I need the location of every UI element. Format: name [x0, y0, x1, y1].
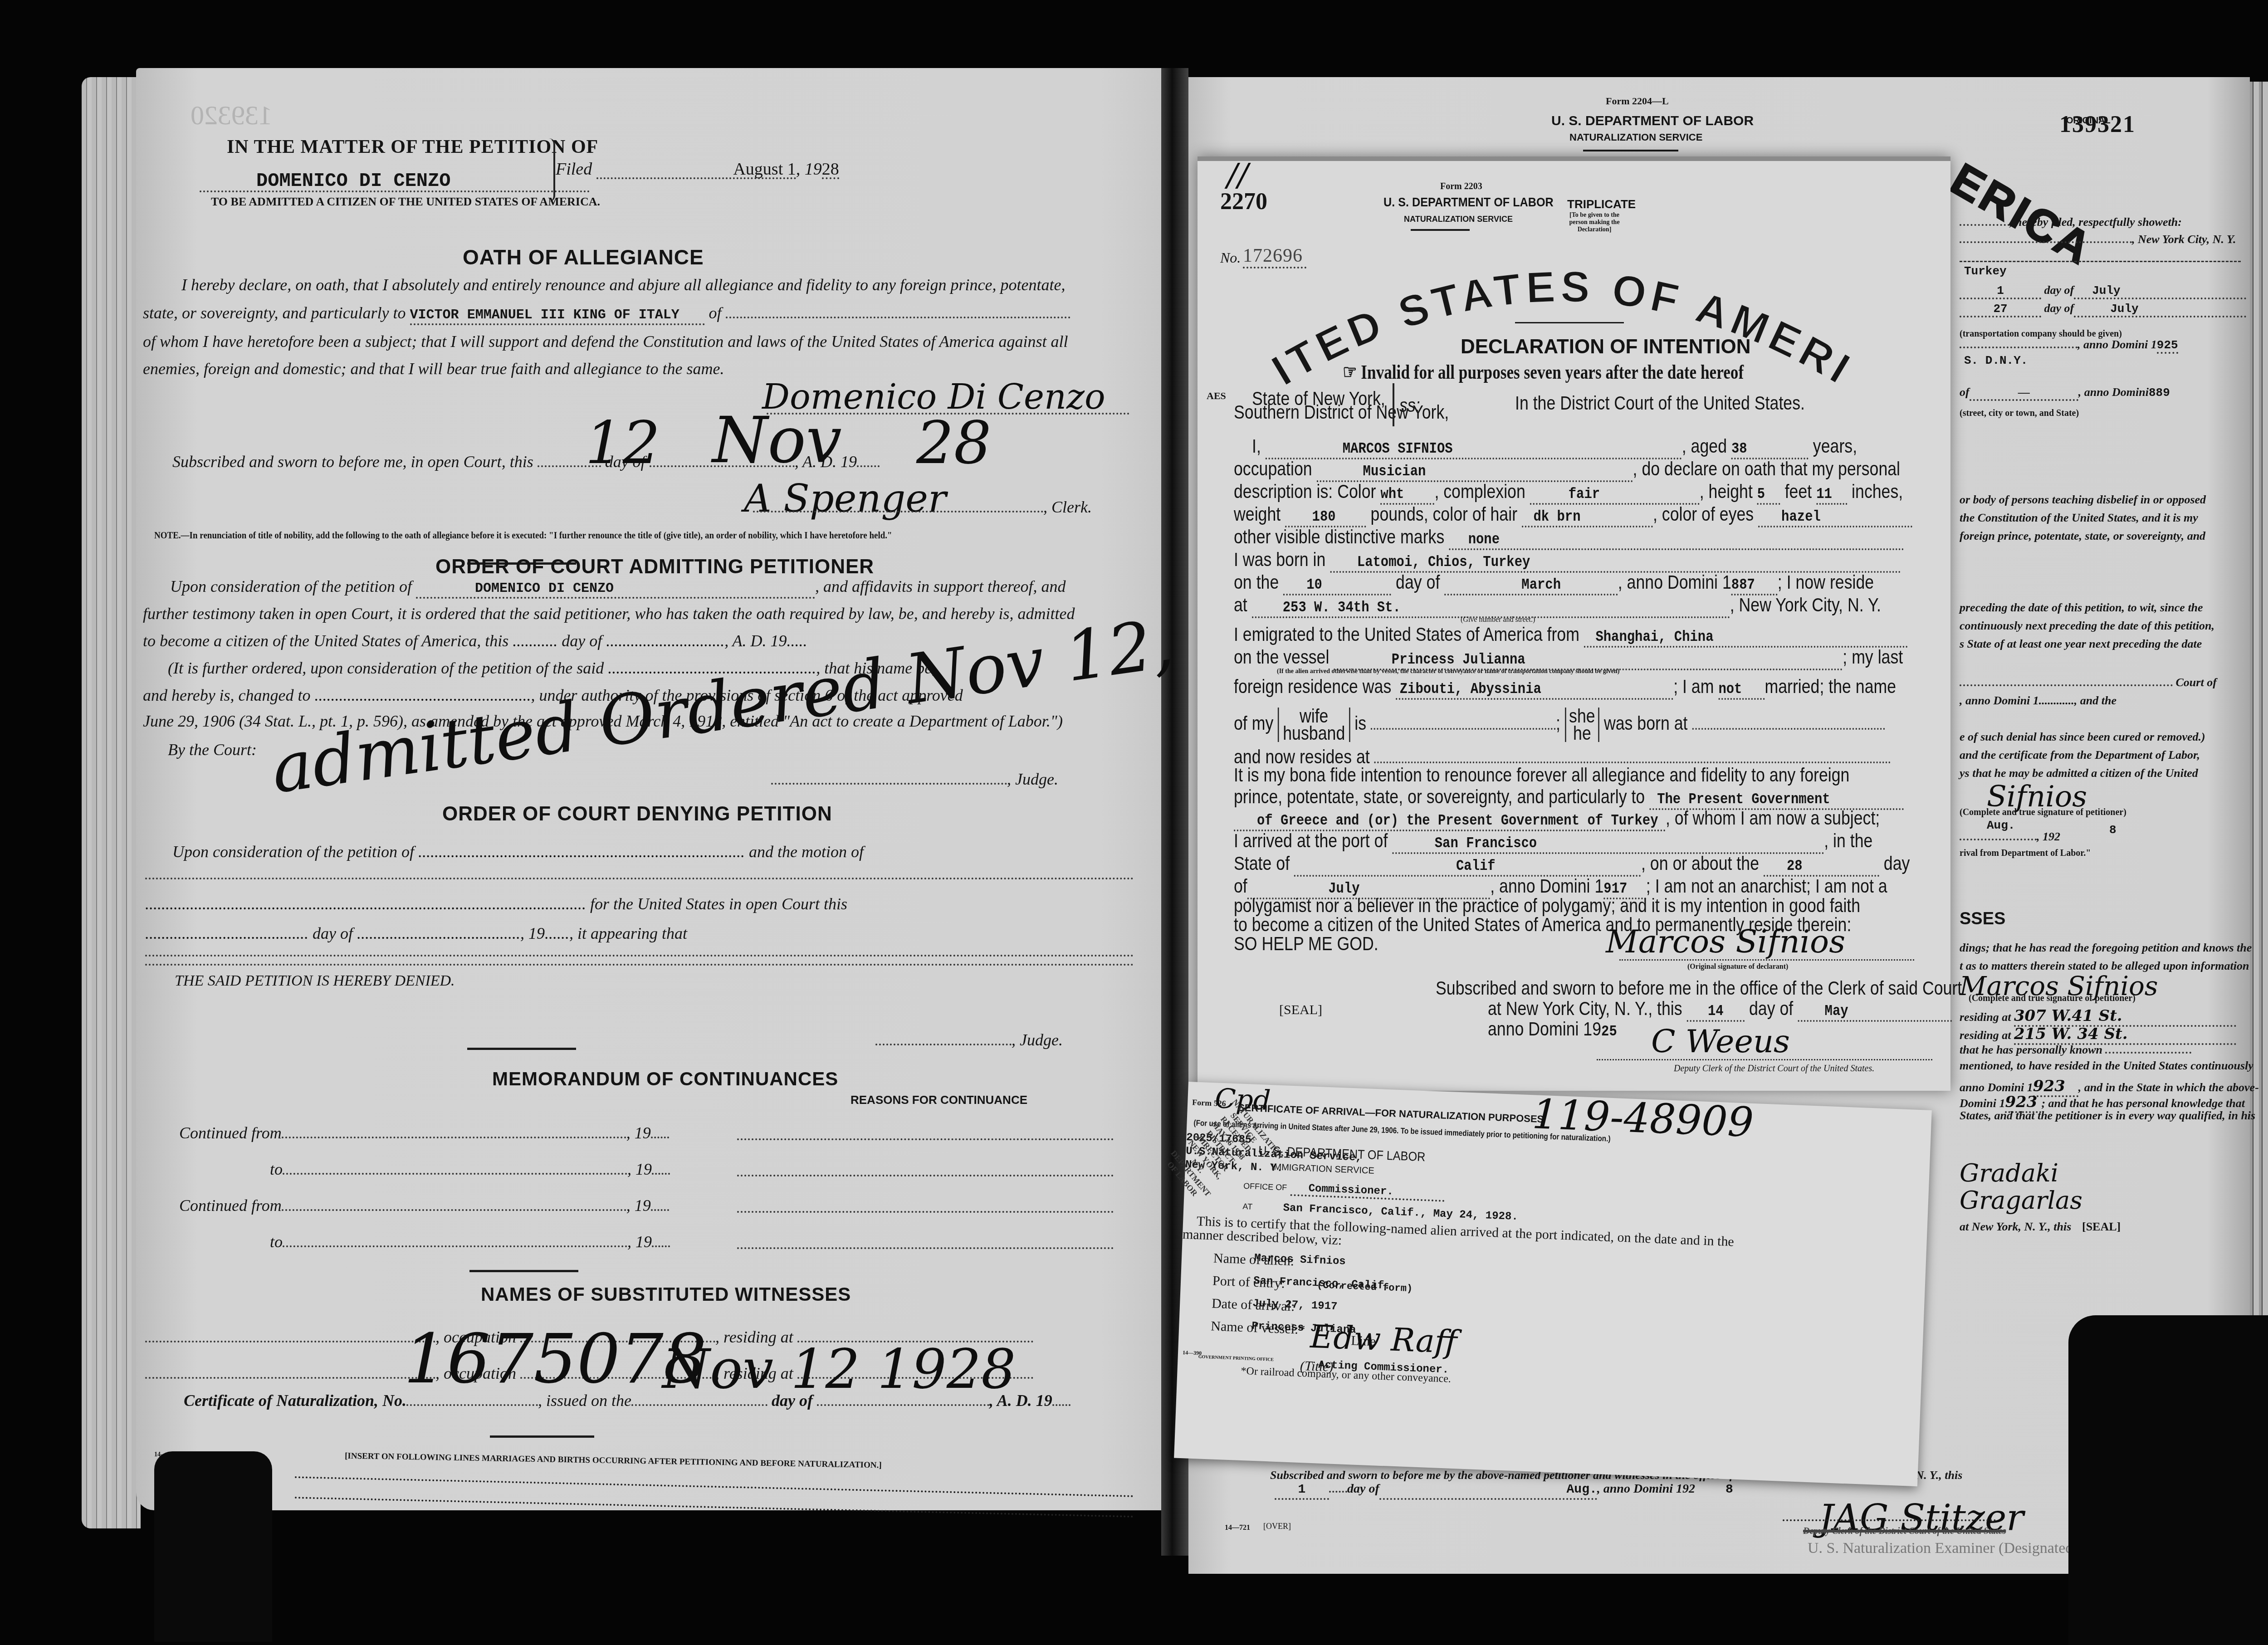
- spouse-line: of my wifehusband is ; shehe was born at: [1234, 708, 1885, 742]
- continuance-field: [283, 1245, 627, 1247]
- petition-line: [1960, 261, 2241, 262]
- continuance-row: to, 19: [270, 1161, 670, 1177]
- continuance-year: 19: [635, 1160, 652, 1178]
- seal-label: [SEAL]: [2082, 1220, 2121, 1234]
- divider: [469, 1270, 578, 1272]
- witnesses-title: NAMES OF SUBSTITUTED WITNESSES: [481, 1284, 851, 1305]
- occupation-label: occupation: [1234, 458, 1312, 479]
- petition-day-1: 1: [1960, 284, 2041, 299]
- anno-label: , anno Domini 1: [1618, 571, 1731, 593]
- petition-anno-1-value: 925: [2157, 338, 2178, 354]
- spouse-choice: wifehusband: [1278, 708, 1350, 742]
- pounds-label: pounds, color of hair: [1371, 503, 1517, 525]
- issued-day-field: [631, 1404, 767, 1406]
- issued-month-field: [817, 1404, 989, 1406]
- clerk-line: , Clerk.: [753, 499, 1092, 515]
- deny-blank-line-3: [145, 964, 1134, 966]
- i-label: I,: [1252, 435, 1261, 457]
- anno-label: Domini 1: [1960, 1097, 2005, 1110]
- declarant-name: MARCOS SIFNIOS: [1266, 440, 1682, 459]
- declarant-emigrated-from: Shanghai, China: [1584, 629, 1908, 648]
- marks-line: other visible distinctive marks none: [1234, 526, 1904, 550]
- petition-day-2: 27: [1960, 302, 2041, 317]
- petition-text-line: or body of persons teaching disbelief in…: [1960, 493, 2206, 507]
- subject-label: , of whom I am now a subject;: [1666, 807, 1880, 829]
- witness-residing-line-2: residing at 215 W. 34 St.: [1960, 1025, 2236, 1045]
- state-label: State of: [1234, 853, 1290, 874]
- years-label: years,: [1813, 435, 1857, 457]
- declarant-height-inches: 11: [1816, 486, 1847, 505]
- sworn-line-1: Subscribed and sworn to before me in the…: [1436, 977, 1962, 999]
- declaration-number-label: No.: [1220, 249, 1241, 266]
- declarant-occupation: Musician: [1317, 463, 1633, 482]
- right-service: NATURALIZATION SERVICE: [1569, 132, 1702, 143]
- declarant-color: wht: [1380, 486, 1434, 505]
- married-suffix: married; the name: [1765, 676, 1896, 697]
- continuance-field: [283, 1173, 627, 1175]
- petition-year-line: , 192: [1960, 830, 2060, 844]
- petition-month-1: July: [2074, 284, 2246, 299]
- of-my-label: of my: [1234, 713, 1273, 734]
- emigrated-label: I emigrated to the United States of Amer…: [1234, 624, 1579, 645]
- witness-text-line: States, and that the petitioner is in ev…: [1960, 1109, 2255, 1123]
- arrival-service: IMMIGRATION SERVICE: [1271, 1162, 1374, 1176]
- filed-date: August 1: [596, 161, 796, 179]
- divider: [1515, 322, 1624, 323]
- sworn-line-3: anno Domini 1925: [1488, 1018, 1617, 1040]
- certificate-of-arrival: Cpd Form 526 CERTIFICATE OF ARRIVAL—FOR …: [1174, 1082, 1932, 1486]
- day-of-label: day of: [772, 1391, 813, 1410]
- witness-1-signature: Gradaki: [1960, 1159, 2058, 1187]
- petition-field: [1960, 684, 2173, 686]
- continuance-year-field: [651, 1209, 669, 1211]
- of-label: of: [1234, 875, 1247, 897]
- of-label: of: [1960, 386, 1970, 399]
- order-admitting-title: ORDER OF COURT ADMITTING PETITIONER: [435, 556, 874, 578]
- description-line: description is: Color wht, complexion fa…: [1234, 481, 1903, 505]
- day-of-label: day of: [1396, 571, 1440, 593]
- complexion-label: , complexion: [1434, 481, 1525, 502]
- sworn-year: 25: [1601, 1023, 1617, 1040]
- continuance-year-field: [651, 1137, 669, 1138]
- declare-label: , do declare on oath that my personal: [1633, 458, 1900, 479]
- petition-anno-2-blank: —: [1970, 386, 2078, 401]
- year-label: , 192: [2037, 830, 2060, 843]
- form-code-right: 14—721: [1225, 1524, 1250, 1532]
- born-at-label: was born at: [1604, 713, 1688, 734]
- declaration-form: Form 2203: [1440, 181, 1482, 192]
- deny-line-1: Upon consideration of the petition of ..…: [172, 844, 864, 860]
- deputy-clerk-signature: C Weeus: [1651, 1023, 1790, 1060]
- sworn-prefix: Subscribed and sworn to before me, in op…: [172, 453, 533, 471]
- over-label: [OVER]: [1263, 1522, 1291, 1531]
- weight-label: weight: [1234, 503, 1281, 525]
- known-text: that he has personally known: [1960, 1043, 2102, 1056]
- anno-suffix: ; and that he has personal knowledge tha…: [2041, 1097, 2245, 1110]
- arrival-note: rival from Department of Labor.": [1960, 848, 2091, 859]
- petition-anno-2-value: 889: [2149, 386, 2170, 400]
- witness-field: [2105, 1052, 2191, 1054]
- declaration-serial: 2270: [1220, 188, 1267, 215]
- subscribed-field: [1329, 1491, 1347, 1493]
- handwritten-sworn-month: Nov: [712, 404, 842, 478]
- declarant-birth-year: 887: [1731, 576, 1778, 596]
- port-label: I arrived at the port of: [1234, 830, 1388, 851]
- declarant-complexion: fair: [1530, 486, 1700, 505]
- deny-blank-line-2: [145, 955, 1134, 957]
- right-department: U. S. DEPARTMENT OF LABOR: [1551, 113, 1754, 129]
- declaration-department: U. S. DEPARTMENT OF LABOR: [1383, 195, 1554, 210]
- reason-field: [737, 1211, 1114, 1213]
- order-denying-title: ORDER OF COURT DENYING PETITION: [442, 803, 832, 825]
- continuance-row: Continued from, 19: [179, 1197, 669, 1214]
- subscribed-month: Aug.: [1379, 1482, 1597, 1500]
- filed-line: Filed August 1, 1928: [556, 161, 839, 179]
- reside-label: ; I now reside: [1778, 571, 1874, 593]
- judge-label-1: , Judge.: [1007, 770, 1058, 788]
- certificate-line: Certificate of Naturalization, No., issu…: [184, 1392, 1070, 1409]
- divider: [1411, 229, 1470, 231]
- residing-label: residing at: [1960, 1029, 2011, 1042]
- judge-label-2: , Judge.: [1012, 1031, 1063, 1049]
- deny-line-2: ........................................…: [145, 896, 847, 912]
- examiner-struck-title: Deputy Clerk of the District Court of th…: [1803, 1526, 2006, 1537]
- sworn-year-field: [857, 465, 880, 467]
- divider: [467, 1048, 576, 1050]
- witness-text-line: dings; that he has read the foregoing pe…: [1960, 941, 2252, 955]
- sworn-anno-label: anno Domini 19: [1488, 1018, 1601, 1040]
- address-note: (street, city or town, and State): [1960, 408, 2079, 419]
- foreign-residence-line: foreign residence was Zibouti, Abyssinia…: [1234, 676, 1896, 700]
- anno-label: , anno Domini 1: [1490, 875, 1603, 897]
- vessel-line: on the vessel Princess Julianna; my last: [1234, 646, 1903, 670]
- petition-year-digit: 8: [2109, 823, 2116, 837]
- continuance-label: Continued from: [179, 1124, 282, 1142]
- continuance-year: 19: [635, 1196, 651, 1215]
- order-line-2: further testimony taken in open Court, i…: [143, 605, 1075, 622]
- on-the-label: on the: [1234, 571, 1279, 593]
- witness-residing-line-1: residing at 307 W.41 St.: [1960, 1007, 2236, 1027]
- spouse-birthplace-field: [1692, 728, 1885, 730]
- petition-text-line: the Constitution of the United States, a…: [1960, 511, 2198, 525]
- sworn-month: May: [1798, 1003, 1952, 1022]
- oath-line-4: enemies, foreign and domestic; and that …: [143, 361, 724, 377]
- certificate-number-field: [406, 1404, 538, 1406]
- reasons-header: REASONS FOR CONTINUANCE: [850, 1093, 1027, 1107]
- reason-field: [737, 1138, 1114, 1140]
- triplicate-label: TRIPLICATE: [1567, 197, 1636, 211]
- petition-filed-line: , hereby filed, respectfully showeth:: [1960, 215, 2182, 229]
- arrival-office: Commissioner.: [1290, 1182, 1445, 1202]
- petition-text-line: preceding the date of this petition, to …: [1960, 601, 2203, 615]
- residing-label: residing at: [1960, 1010, 2011, 1024]
- petition-nyc-line: , New York City, N. Y.: [1960, 233, 2236, 246]
- continuance-year: 19: [635, 1124, 651, 1142]
- clerk-label: , Clerk.: [1043, 498, 1092, 516]
- clerk-field: [753, 511, 1043, 513]
- oath-of: of: [709, 304, 722, 322]
- declarant-state: Calif: [1294, 858, 1641, 877]
- last-label: ; my last: [1843, 646, 1903, 668]
- printer-note: GOVERNMENT PRINTING OFFICE: [1198, 1354, 1274, 1362]
- issued-label: , issued on the: [538, 1391, 631, 1410]
- emigrated-line: I emigrated to the United States of Amer…: [1234, 624, 1908, 648]
- ad-year-field: [1052, 1404, 1070, 1406]
- petition-text-line: e of such denial has since been cured or…: [1960, 730, 2205, 744]
- court-name: In the District Court of the United Stat…: [1515, 392, 1805, 414]
- anno-label: , anno Domini: [2078, 386, 2149, 399]
- declaration-of-intention-card: // 2270 Form 2203 U. S. DEPARTMENT OF LA…: [1198, 156, 1950, 1091]
- petition-court-value: S. D.N.Y.: [1964, 354, 2028, 367]
- signature-line: [1619, 959, 1914, 961]
- venue-brace: [1393, 383, 1394, 426]
- witness-1-address: 307 W.41 St.: [2014, 1007, 2236, 1027]
- declaration-service: NATURALIZATION SERVICE: [1404, 215, 1513, 224]
- divider: [490, 1435, 594, 1438]
- is-label: is: [1354, 713, 1366, 734]
- at-label: at: [1234, 594, 1247, 615]
- handwritten-certificate-number: 1675078: [404, 1320, 707, 1399]
- port-line: I arrived at the port of San Francisco, …: [1234, 830, 1872, 854]
- marks-label: other visible distinctive marks: [1234, 526, 1444, 547]
- declarant-address: 253 W. 34th St.: [1252, 599, 1730, 618]
- eyes-label: , color of eyes: [1653, 503, 1754, 525]
- address-note: (Give number and street.): [1461, 616, 1535, 624]
- spouse-name-field: [1371, 728, 1556, 730]
- declarant-married: not: [1718, 681, 1765, 700]
- judge-line-2: , Judge.: [875, 1032, 1063, 1048]
- declarant-vessel: Princess Julianna: [1334, 651, 1843, 670]
- seal-label: [SEAL]: [1279, 1002, 1322, 1018]
- at-new-york-text: at New York, N. Y., this: [1960, 1220, 2071, 1234]
- commissioner-signature: Edw Raff: [1310, 1318, 1458, 1361]
- anno-label: , anno Domini 192: [1597, 1482, 1695, 1496]
- order-line-1-suffix: , and affidavits in support thereof, and: [815, 577, 1066, 596]
- signature-note: (Original signature of declarant): [1687, 963, 1788, 971]
- nobility-note: NOTE.—In renunciation of title of nobili…: [154, 531, 892, 541]
- filed-label: Filed: [556, 160, 592, 179]
- sworn-label: at New York City, N. Y., this: [1488, 998, 1682, 1019]
- filed-year-prefix: 19: [805, 160, 822, 179]
- continuance-row: Continued from, 19: [179, 1125, 669, 1141]
- order-petitioner-field: DOMENICO DI CENZO: [416, 581, 815, 599]
- declarant-hair: dk brn: [1522, 508, 1653, 527]
- petition-nyc-text: , New York City, N. Y.: [2132, 233, 2236, 246]
- anarchist-clause: ; I am not an anarchist; I am not a: [1646, 875, 1887, 897]
- continuance-field: [282, 1137, 626, 1138]
- renounce-line-3: of Greece and (or) the Present Governmen…: [1234, 807, 1880, 831]
- venue-ss: ss:: [1399, 395, 1420, 416]
- handwritten-issue-date: Nov 12 1928: [662, 1338, 1016, 1401]
- declarant-height-feet: 5: [1757, 486, 1780, 505]
- oath-line-2-prefix: state, or sovereignty, and particularly …: [143, 304, 406, 322]
- book-page-edges-left: [82, 77, 141, 1528]
- oath-of-field: [726, 317, 1070, 318]
- in-the-label: , in the: [1824, 830, 1872, 851]
- continuance-year-field: [652, 1173, 670, 1175]
- renounce-line-2: prince, potentate, state, or sovereignty…: [1234, 786, 1904, 810]
- order-line-3: to become a citizen of the United States…: [143, 633, 807, 649]
- petition-text-line: foreign prince, potentate, state, or sov…: [1960, 529, 2205, 543]
- validity-line: ☞ Invalid for all purposes seven years a…: [1343, 361, 1744, 384]
- declaration-title: DECLARATION OF INTENTION: [1461, 336, 1751, 358]
- petition-denied: THE SAID PETITION IS HEREBY DENIED.: [175, 973, 455, 989]
- handwritten-sworn-day: 12: [585, 408, 660, 477]
- petition-text-line: continuously next preceding the date of …: [1960, 619, 2214, 633]
- petition-filed-text: , hereby filed, respectfully showeth:: [2009, 215, 2182, 229]
- witness-text-line: mentioned, to have resided in the United…: [1960, 1059, 2253, 1073]
- renounce-label: prince, potentate, state, or sovereignty…: [1234, 786, 1645, 807]
- witness-2-signature: Gragarlas: [1960, 1186, 2082, 1215]
- declarant-marks: none: [1449, 531, 1904, 550]
- petition-month-2: July: [2074, 302, 2246, 317]
- continuance-label: to: [270, 1233, 283, 1251]
- anno-suffix: , and in the State in which the above-: [2078, 1081, 2259, 1094]
- continuances-title: MEMORANDUM OF CONTINUANCES: [492, 1068, 838, 1090]
- petition-day-line-1: 1 day ofJuly: [1960, 283, 2246, 299]
- witness-2-address: 215 W. 34 St.: [2014, 1025, 2236, 1045]
- court-of-label: Court of: [2176, 676, 2217, 689]
- judge-line-1: , Judge.: [771, 771, 1058, 787]
- pointing-hand-icon: ☞: [1343, 361, 1361, 383]
- inches-label: inches,: [1852, 481, 1903, 502]
- oath-line-2: state, or sovereignty, and particularly …: [143, 305, 1070, 325]
- birthplace-line: I was born in Latomoi, Chios, Turkey: [1234, 549, 1901, 573]
- day-of-label: day of: [2044, 283, 2074, 297]
- so-help-me-god: SO HELP ME GOD.: [1234, 933, 1378, 955]
- foreign-residence-label: foreign residence was: [1234, 676, 1391, 697]
- born-label: I was born in: [1234, 549, 1325, 570]
- married-label: ; I am: [1673, 676, 1714, 697]
- declarant-sovereign-2: of Greece and (or) the Present Governmen…: [1234, 812, 1666, 831]
- declarant-port: San Francisco: [1392, 835, 1824, 854]
- subscribed-day: 1: [1275, 1482, 1329, 1500]
- anno-label: , anno Domini 1: [2077, 338, 2157, 351]
- petition-text-line: , anno Domini 1............, and the: [1960, 694, 2116, 708]
- right-form-number: Form 2204—L: [1606, 95, 1669, 107]
- weight-line: weight 180 pounds, color of hair dk brn,…: [1234, 503, 1912, 527]
- declarant-weight: 180: [1285, 508, 1366, 527]
- day-label: day: [1884, 853, 1910, 874]
- subscribed-date-line: 1day ofAug., anno Domini 192 8: [1275, 1481, 1733, 1500]
- declarant-birth-month: March: [1444, 576, 1618, 596]
- petition-text-line: and the certificate from the Department …: [1960, 748, 2200, 762]
- vessel-label: on the vessel: [1234, 646, 1329, 668]
- name-underline: [200, 190, 590, 192]
- order-line-1-prefix: Upon consideration of the petition of: [170, 577, 412, 596]
- ad-label: , A. D. 19: [989, 1391, 1052, 1410]
- pronoun-choice: shehe: [1565, 708, 1599, 742]
- brace: [549, 138, 555, 202]
- divider: [1583, 150, 1678, 151]
- address-line: at 253 W. 34th St., New York City, N. Y.: [1234, 594, 1881, 618]
- book-clamp-right: [2068, 1315, 2268, 1645]
- vessel-note: (If the alien arrived otherwise than by …: [1277, 668, 1619, 675]
- order-line-1: Upon consideration of the petition of DO…: [170, 578, 1066, 599]
- petition-anno-line-2: of—, anno Domini889: [1960, 386, 2170, 401]
- clerk-line: [1597, 1059, 1932, 1060]
- continuance-year: 19: [635, 1233, 652, 1251]
- corrected-form-note: (Corrected form): [1317, 1279, 1413, 1294]
- declarant-age: 38: [1731, 440, 1809, 459]
- day-of-label: day of: [1749, 998, 1793, 1019]
- spouse-residence-field: [1374, 761, 1891, 763]
- birthdate-line: on the 10 day of March, anno Domini 1887…: [1234, 571, 1874, 596]
- day-of-label: day of: [1347, 1482, 1379, 1496]
- filed-year: 28: [822, 161, 839, 179]
- signature-label: (Complete and true signature of petition…: [1960, 807, 2126, 818]
- continuance-label: Continued from: [179, 1196, 282, 1215]
- petition-anno-line-1: , anno Domini 1925: [1960, 338, 2178, 354]
- deny-line-3: ........................................…: [145, 925, 687, 942]
- declarant-arrival-day: 28: [1764, 858, 1879, 877]
- petition-text-line: ys that he may be admitted a citizen of …: [1960, 766, 2198, 780]
- signature-label: (Complete and true signature of petition…: [1969, 993, 2136, 1004]
- declarant-eyes: hazel: [1758, 508, 1912, 527]
- arrival-form: Form 526: [1192, 1098, 1226, 1108]
- petition-from-value: Turkey: [1964, 264, 2007, 278]
- petition-field: [1960, 241, 2132, 243]
- office-label: OFFICE OF: [1243, 1181, 1287, 1192]
- description-label: description is: Color: [1234, 481, 1376, 502]
- judge-field-2: [875, 1044, 1012, 1045]
- declarant-birthplace: Latomoi, Chios, Turkey: [1330, 554, 1901, 573]
- declarant-birth-day: 10: [1283, 576, 1391, 596]
- petition-court-line: Court of: [1960, 676, 2217, 689]
- examiner-line: [1783, 1519, 1996, 1521]
- continuance-row: to, 19: [270, 1234, 670, 1250]
- continuance-field: [282, 1209, 626, 1211]
- at-label: AT: [1242, 1202, 1252, 1211]
- continuance-year-field: [652, 1245, 670, 1247]
- judge-field-1: [771, 783, 1007, 785]
- declarant-foreign-residence: Zibouti, Abyssinia: [1396, 681, 1673, 700]
- petition-text-line: s State of at least one year next preced…: [1960, 637, 2202, 651]
- bleed-through-number: 139320: [191, 100, 272, 131]
- witness-name-field: [145, 1341, 435, 1342]
- reason-field: [737, 1175, 1114, 1176]
- day-of-label: day of: [2044, 302, 2074, 315]
- sworn-day: 14: [1687, 1003, 1745, 1022]
- margin-initials: AES: [1207, 390, 1226, 402]
- line-label: Line: [1351, 1333, 1376, 1349]
- oath-line-1: I hereby declare, on oath, that I absolu…: [181, 277, 1066, 293]
- admit-line: TO BE ADMITTED A CITIZEN OF THE UNITED S…: [211, 195, 600, 209]
- subscribed-year-digit: 8: [1725, 1483, 1733, 1497]
- witnesses-header-tail: SSES: [1960, 909, 2005, 929]
- by-the-court: By the Court:: [168, 742, 257, 758]
- oath-title: OATH OF ALLEGIANCE: [463, 245, 704, 269]
- handwritten-sworn-year: 28: [916, 408, 991, 477]
- original-stamp: ORIGINAL: [2066, 116, 2111, 126]
- matter-heading: IN THE MATTER OF THE PETITION OF: [227, 136, 598, 158]
- petition-field: [1960, 839, 2037, 840]
- polygamy-line: polygamist nor a believer in the practic…: [1234, 895, 1860, 917]
- petition-field: [1960, 224, 2009, 226]
- examiner-title: U. S. Naturalization Examiner (Designate…: [1808, 1540, 2078, 1557]
- renounce-line-1: It is my bona fide intention to renounce…: [1234, 764, 1849, 786]
- aged-label: , aged: [1682, 435, 1727, 457]
- occupation-line: occupation Musician, do declare on oath …: [1234, 458, 1900, 482]
- reason-field: [737, 1247, 1114, 1249]
- sovereign-field: VICTOR EMMANUEL III KING OF ITALY: [410, 307, 705, 325]
- he-option: he: [1573, 722, 1591, 744]
- validity-text: Invalid for all purposes seven years aft…: [1361, 361, 1744, 383]
- petition-field: [1960, 347, 2077, 348]
- continuance-label: to: [270, 1160, 283, 1178]
- deny-blank-line: [145, 878, 1134, 879]
- feet-label: feet: [1785, 481, 1812, 502]
